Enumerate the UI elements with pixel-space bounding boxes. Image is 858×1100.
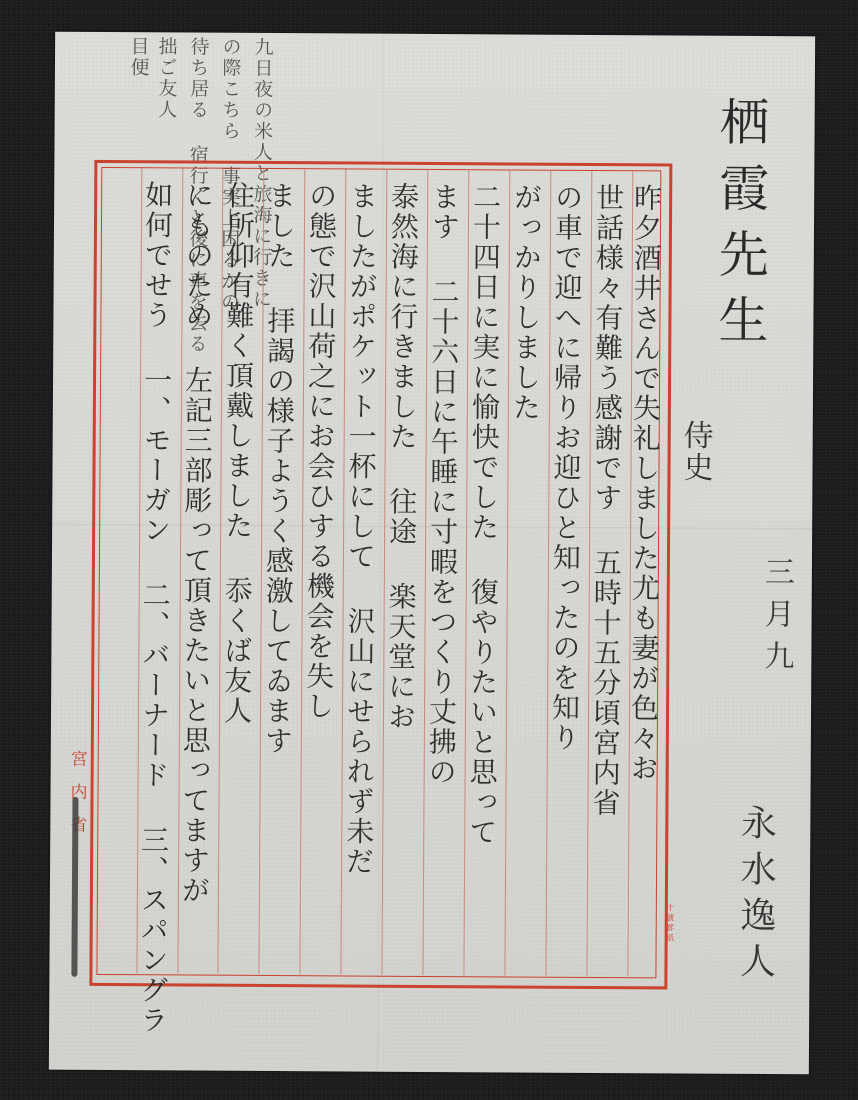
margin-note-col-5: 目便 (127, 36, 150, 78)
body-column-8: ましたがポケット一杯にして 沢山にせられず未だ (344, 181, 376, 876)
body-column-2: 世話様々有難う感謝です 五時十五分頃宮内省 (590, 183, 622, 818)
ruled-paper-mark: 十號罫紙 (665, 903, 676, 943)
letter-paper: 九日夜の米人と旅海に行きに の際こちら 事実上困るかの 待ち居る 宿行くと後に車… (49, 32, 815, 1075)
letter-date: 三月九 (753, 556, 798, 682)
body-column-10: ました 拝謁の様子ようく感激してゐます (263, 181, 295, 756)
body-column-12: にものため 左記三部彫って頂きたいと思ってますが (180, 180, 212, 905)
addressee: 栖霞先生 (703, 96, 777, 360)
body-column-13: 如何でせう 一、モーガン 二、バーナード 三、スパングラ (138, 180, 171, 1035)
body-column-4: がっかりしました (511, 182, 540, 422)
body-column-7: 泰然海に行きました 往途 楽天堂にお (386, 182, 417, 732)
ink-stroke-over-stamp (71, 797, 78, 977)
body-column-11: 住所仰有難く頂戴しました 忝くば友人 (222, 181, 253, 726)
addressee-honorific: 侍史 (672, 419, 716, 483)
body-column-9: の態で沢山荷之にお会ひする機会を失し (304, 181, 335, 721)
body-column-6: ます 二十六日に午睡に寸暇をつくり丈拂の (427, 182, 459, 787)
body-column-1: 昨夕酒井さんで失礼しました尤も妻が色々お (629, 183, 661, 783)
signature: 永水逸人 (729, 804, 781, 988)
body-column-3: の車で迎へに帰りお迎ひと知ったのを知り (550, 183, 581, 753)
margin-note-col-4: 拙ご友人 (155, 36, 178, 120)
body-column-5: 二十四日に実に愉快でした 復やりたいと思って (467, 182, 499, 847)
